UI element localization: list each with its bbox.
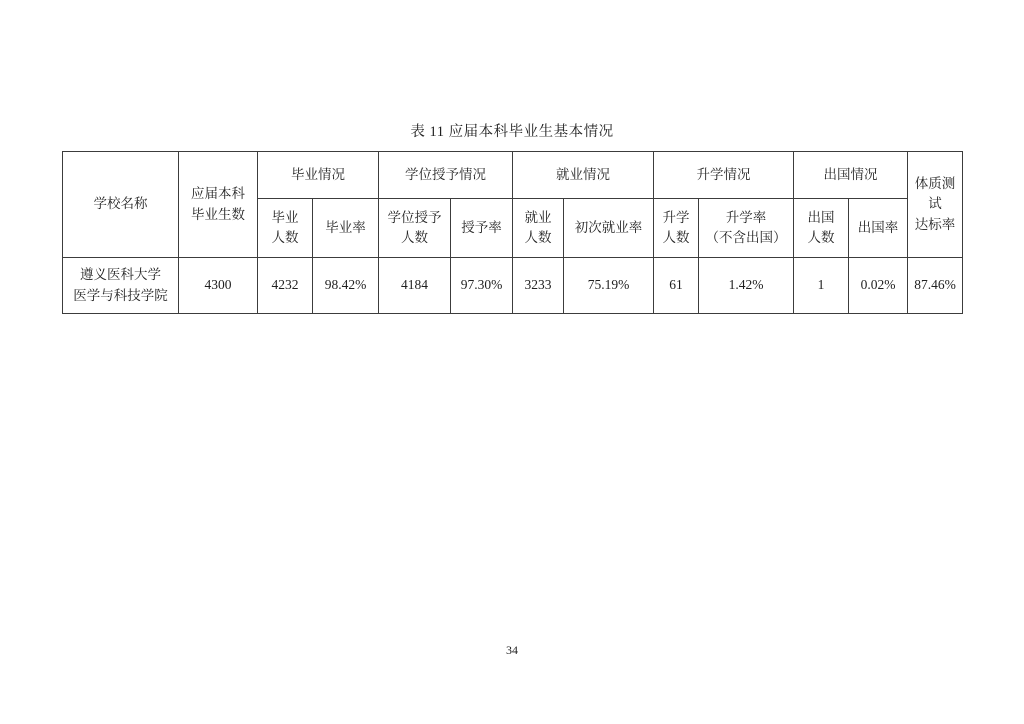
header-grads-total: 应届本科 毕业生数 bbox=[179, 152, 258, 258]
header-employment-group: 就业情况 bbox=[513, 152, 654, 199]
cell-degree-count: 4184 bbox=[379, 258, 451, 314]
document-page: 表 11 应届本科毕业生基本情况 学校名称 应届本科 毕业生数 毕业情况 学位授… bbox=[0, 0, 1024, 724]
header-degree-rate: 授予率 bbox=[451, 199, 513, 258]
header-graduation-group: 毕业情况 bbox=[258, 152, 379, 199]
cell-school-name: 遵义医科大学 医学与科技学院 bbox=[63, 258, 179, 314]
cell-abroad-count: 1 bbox=[794, 258, 849, 314]
graduates-table: 学校名称 应届本科 毕业生数 毕业情况 学位授予情况 就业情况 升学情况 出国情… bbox=[62, 151, 963, 314]
cell-abroad-rate: 0.02% bbox=[849, 258, 908, 314]
header-further-study-rate: 升学率 （不含出国） bbox=[699, 199, 794, 258]
page-number: 34 bbox=[0, 643, 1024, 658]
table-row: 遵义医科大学 医学与科技学院 4300 4232 98.42% 4184 97.… bbox=[63, 258, 963, 314]
cell-fitness-rate: 87.46% bbox=[908, 258, 963, 314]
cell-employment-rate: 75.19% bbox=[564, 258, 654, 314]
header-employment-rate: 初次就业率 bbox=[564, 199, 654, 258]
header-graduation-count: 毕业 人数 bbox=[258, 199, 313, 258]
cell-graduation-count: 4232 bbox=[258, 258, 313, 314]
header-further-study-count: 升学 人数 bbox=[654, 199, 699, 258]
header-graduation-rate: 毕业率 bbox=[313, 199, 379, 258]
table-title: 表 11 应届本科毕业生基本情况 bbox=[0, 120, 1024, 141]
header-abroad-count: 出国 人数 bbox=[794, 199, 849, 258]
cell-further-study-rate: 1.42% bbox=[699, 258, 794, 314]
cell-degree-rate: 97.30% bbox=[451, 258, 513, 314]
header-school-name: 学校名称 bbox=[63, 152, 179, 258]
header-degree-group: 学位授予情况 bbox=[379, 152, 513, 199]
header-employment-count: 就业 人数 bbox=[513, 199, 564, 258]
header-further-study-group: 升学情况 bbox=[654, 152, 794, 199]
table-header-row-1: 学校名称 应届本科 毕业生数 毕业情况 学位授予情况 就业情况 升学情况 出国情… bbox=[63, 152, 963, 199]
header-abroad-group: 出国情况 bbox=[794, 152, 908, 199]
header-abroad-rate: 出国率 bbox=[849, 199, 908, 258]
cell-further-study-count: 61 bbox=[654, 258, 699, 314]
cell-grads-total: 4300 bbox=[179, 258, 258, 314]
header-degree-count: 学位授予 人数 bbox=[379, 199, 451, 258]
header-fitness-rate: 体质测 试 达标率 bbox=[908, 152, 963, 258]
cell-graduation-rate: 98.42% bbox=[313, 258, 379, 314]
cell-employment-count: 3233 bbox=[513, 258, 564, 314]
